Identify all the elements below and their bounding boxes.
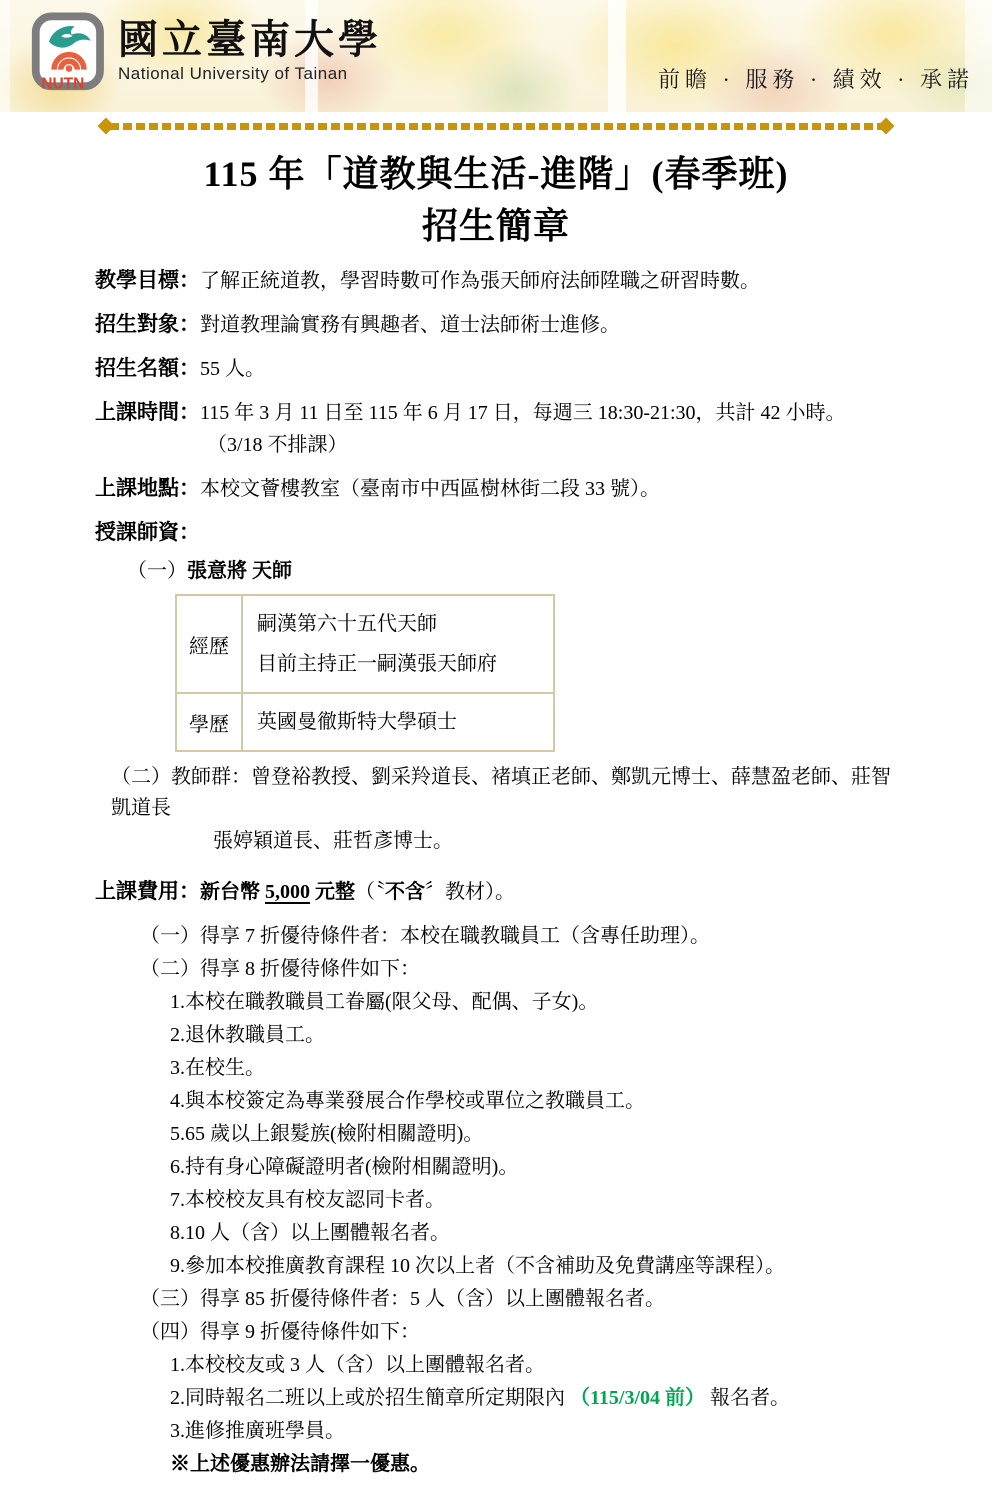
discount-item: 8.10 人（含）以上團體報名者。 [95, 1218, 897, 1249]
title-line-1: 115 年「道教與生活-進階」(春季班) [95, 148, 897, 200]
discount-tier-70: （一）得享 7 折優待條件者：本校在職教職員工（含專任助理）。 [95, 921, 897, 952]
divider-diamond-right [878, 118, 895, 135]
discount-item-deadline: 2.同時報名二班以上或於招生簡章所定期限內 （115/3/04 前） 報名者。 [95, 1383, 897, 1414]
schedule-note: （3/18 不排課） [95, 430, 897, 460]
section-audience: 招生對象：對道教理論實務有興趣者、道士法師術士進修。 [95, 310, 897, 340]
bio-experience-line2: 目前主持正一嗣漢張天師府 [257, 644, 539, 684]
brochure-page: NUTN 國立臺南大學 National University of Taina… [0, 0, 992, 1502]
deadline-text-pre: 2.同時報名二班以上或於招生簡章所定期限內 [170, 1387, 570, 1409]
audience-text: 對道教理論實務有興趣者、道士法師術士進修。 [200, 314, 620, 336]
deadline-text-post: 報名者。 [705, 1387, 790, 1409]
quota-text: 55 人。 [200, 358, 265, 380]
discount-item: 3.在校生。 [95, 1053, 897, 1084]
fee-paren-close: 〞教材）。 [425, 881, 515, 903]
faculty-label: 授課師資： [95, 521, 200, 544]
discount-item: 6.持有身心障礙證明者(檢附相關證明)。 [95, 1152, 897, 1183]
faculty-teacher-group: （二）教師群：曾登裕教授、劉采羚道長、褚填正老師、鄭凱元博士、薛慧盈老師、莊智凱… [95, 762, 897, 824]
fee-currency: 新台幣 [200, 881, 265, 903]
section-faculty: 授課師資： [95, 518, 897, 548]
bio-education-value: 英國曼徹斯特大學碩士 [242, 693, 554, 751]
discount-item: 9.參加本校推廣教育課程 10 次以上者（不含補助及免費講座等課程）。 [95, 1251, 897, 1282]
bio-experience-line1: 嗣漢第六十五代天師 [257, 604, 539, 644]
teacher-group-line2: 張婷穎道長、莊哲彥博士。 [213, 830, 453, 852]
fee-unit: 元整 [310, 881, 355, 903]
quota-label: 招生名額： [95, 357, 200, 380]
fee-label: 上課費用： [95, 880, 200, 903]
schedule-text: 115 年 3 月 11 日至 115 年 6 月 17 日，每週三 18:30… [200, 402, 846, 424]
discount-item: 1.本校校友或 3 人（含）以上團體報名者。 [95, 1350, 897, 1381]
discount-item: 3.進修推廣班學員。 [95, 1416, 897, 1447]
schedule-label: 上課時間： [95, 401, 200, 424]
discount-item: 2.退休教職員工。 [95, 1020, 897, 1051]
page-title: 115 年「道教與生活-進階」(春季班) 招生簡章 [95, 148, 897, 252]
bio-row-education: 學歷 英國曼徹斯特大學碩士 [176, 693, 554, 751]
divider-diamond-left [98, 118, 115, 135]
teacher-group-prefix: （二）教師群： [111, 766, 251, 788]
fee-amount: 5,000 [265, 881, 310, 903]
university-slogan: 前瞻 · 服務 · 績效 · 承諾 [658, 63, 974, 94]
audience-label: 招生對象： [95, 313, 200, 336]
teacher1-bio-table: 經歷 嗣漢第六十五代天師 目前主持正一嗣漢張天師府 學歷 英國曼徹斯特大學碩士 [175, 594, 555, 752]
divider-dotted-line [110, 123, 882, 130]
university-logo: NUTN 國立臺南大學 National University of Taina… [30, 12, 382, 94]
section-schedule: 上課時間：115 年 3 月 11 日至 115 年 6 月 17 日，每週三 … [95, 398, 897, 460]
goal-label: 教學目標： [95, 269, 200, 292]
teacher1-prefix: （一） [127, 560, 187, 582]
section-quota: 招生名額：55 人。 [95, 354, 897, 384]
faculty-teacher1: （一）張意將 天師 [95, 556, 897, 586]
faculty-teacher-group-wrap: 張婷穎道長、莊哲彥博士。 [95, 826, 897, 857]
bio-education-label: 學歷 [176, 693, 242, 751]
section-fee: 上課費用：新台幣 5,000 元整（〝不含〞教材）。 [95, 877, 897, 907]
section-location: 上課地點：本校文薈樓教室（臺南市中西區樹林街二段 33 號）。 [95, 474, 897, 504]
logo-text: 國立臺南大學 National University of Tainan [118, 12, 382, 84]
discount-tier-85: （三）得享 85 折優待條件者：5 人（含）以上團體報名者。 [95, 1284, 897, 1315]
section-goal: 教學目標：了解正統道教，學習時數可作為張天師府法師陞職之研習時數。 [95, 266, 897, 296]
location-label: 上課地點： [95, 477, 200, 500]
discount-tier-80-head: （二）得享 8 折優待條件如下： [95, 954, 897, 985]
discount-note: ※上述優惠辦法請擇一優惠。 [95, 1449, 897, 1480]
discount-item: 5.65 歲以上銀髮族(檢附相關證明)。 [95, 1119, 897, 1150]
fee-excluded: 不含 [385, 881, 425, 903]
discount-item: 7.本校校友具有校友認同卡者。 [95, 1185, 897, 1216]
bio-experience-value: 嗣漢第六十五代天師 目前主持正一嗣漢張天師府 [242, 595, 554, 693]
fee-paren-open: （〝 [355, 881, 385, 903]
header-banner: NUTN 國立臺南大學 National University of Taina… [0, 0, 992, 112]
bio-experience-label: 經歷 [176, 595, 242, 693]
location-text: 本校文薈樓教室（臺南市中西區樹林街二段 33 號）。 [200, 478, 660, 500]
bio-row-experience: 經歷 嗣漢第六十五代天師 目前主持正一嗣漢張天師府 [176, 595, 554, 693]
teacher1-name: 張意將 天師 [187, 560, 292, 582]
university-name-zh: 國立臺南大學 [118, 18, 382, 62]
discount-item: 4.與本校簽定為專業發展合作學校或單位之教職員工。 [95, 1086, 897, 1117]
gold-dotted-divider [100, 118, 892, 134]
nutn-acronym: NUTN [41, 75, 84, 92]
deadline-date-highlight: （115/3/04 前） [570, 1387, 705, 1409]
document-body: 115 年「道教與生活-進階」(春季班) 招生簡章 教學目標：了解正統道教，學習… [0, 134, 992, 1502]
discount-tier-90-head: （四）得享 9 折優待條件如下： [95, 1317, 897, 1348]
goal-text: 了解正統道教，學習時數可作為張天師府法師陞職之研習時數。 [200, 270, 760, 292]
nutn-emblem-icon: NUTN [30, 12, 108, 94]
university-name-en: National University of Tainan [118, 64, 382, 84]
discount-item: 1.本校在職教職員工眷屬(限父母、配偶、子女)。 [95, 987, 897, 1018]
title-line-2: 招生簡章 [95, 200, 897, 252]
